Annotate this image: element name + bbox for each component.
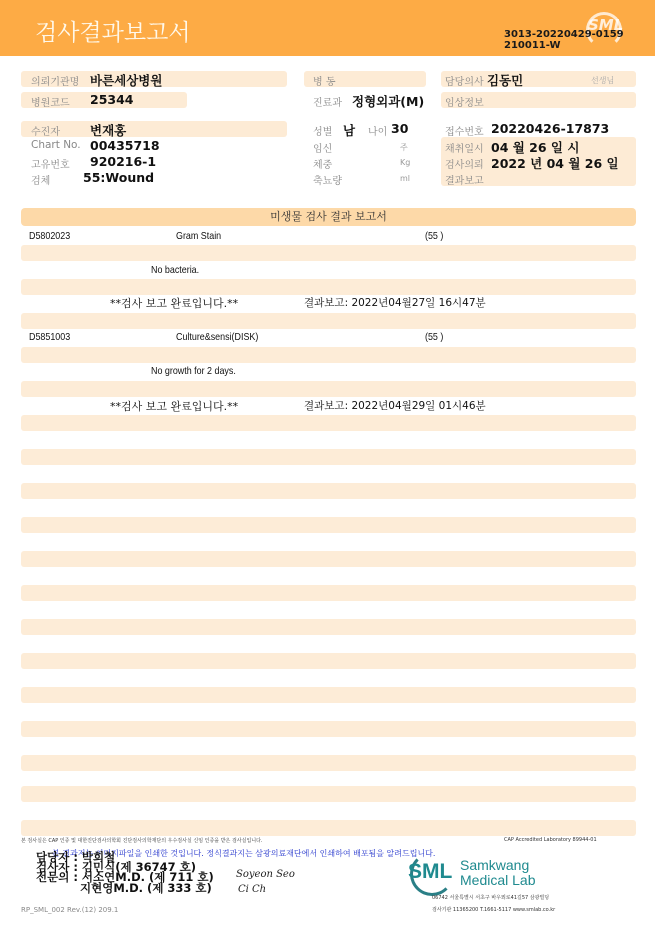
row-stripe [21, 619, 636, 635]
request-label: 검사의뢰 [445, 156, 484, 171]
request-value: 2022 년 04 월 26 일 [491, 154, 619, 172]
hospital-code-value: 25344 [90, 92, 134, 107]
test-specimen: (55 ) [425, 230, 443, 242]
row-stripe [21, 551, 636, 567]
test-result: No growth for 2 days. [151, 365, 236, 377]
specimen-value: 55:Wound [83, 170, 154, 185]
specialist-2: 지현영M.D. (제 333 호) [80, 882, 212, 894]
report-header: 검사결과보고서 SML 3013-20220429-0159 210011-W [0, 0, 655, 56]
unique-label: 고유번호 [31, 156, 70, 171]
report-id-line1: 3013-20220429-0159 [504, 29, 624, 40]
test-completion: **검사 보고 완료입니다.** [110, 398, 238, 414]
receipt-label: 접수번호 [445, 123, 484, 138]
row-stripe [21, 313, 636, 329]
section-title: 미생물 검사 결과 보고서 [21, 208, 636, 226]
row-stripe [21, 347, 636, 363]
patient-label: 수진자 [31, 123, 60, 138]
doctor-label: 담당의사 [445, 73, 484, 88]
receipt-value: 20220426-17873 [491, 121, 609, 136]
test-code: D5851003 [29, 331, 70, 343]
pregnancy-label: 임신 [313, 140, 332, 155]
age-value: 30 [391, 121, 408, 136]
row-stripe [21, 381, 636, 397]
report-title: 검사결과보고서 [35, 14, 191, 47]
row-stripe [21, 415, 636, 431]
doctor-suffix: 선생님 [591, 75, 614, 86]
collect-label: 채취일시 [445, 140, 484, 155]
specimen-label: 검체 [31, 172, 50, 187]
weight-unit: Kg [400, 158, 410, 167]
institution-label: 의뢰기관명 [31, 73, 79, 88]
lab-contact: 검사기관 11365200 T.1661-5117 www.smlab.co.k… [432, 906, 555, 913]
row-stripe [21, 755, 636, 771]
test-result: No bacteria. [151, 264, 199, 276]
logo-text: SML [408, 860, 452, 884]
test-code: D5802023 [29, 230, 70, 242]
sml-logo-icon: SML [408, 852, 456, 892]
row-stripe [21, 653, 636, 669]
patient-bar [21, 121, 287, 137]
institution-value: 바른세상병원 [90, 71, 162, 89]
report-id: 3013-20220429-0159 210011-W [504, 29, 624, 51]
patient-value: 변재홍 [90, 121, 126, 139]
row-stripe [21, 483, 636, 499]
sex-label: 성별 [313, 123, 332, 138]
cap-accreditation: CAP Accredited Laboratory 89944-01 [504, 837, 597, 843]
doctor-value: 김동민 [487, 71, 523, 89]
chart-value: 00435718 [90, 138, 160, 153]
sex-value: 남 [343, 121, 355, 139]
report-date-label: 결과보고 [445, 172, 484, 187]
test-name: Gram Stain [176, 230, 221, 242]
form-revision: RP_SML_002 Rev.(12) 209.1 [21, 906, 118, 914]
lab-address: 06742 서울특별시 서초구 바우뫼로41길57 삼광빌딩 [432, 894, 549, 901]
urine-label: 축뇨량 [313, 172, 342, 187]
accreditation-note: 본 검사실은 CAP 인증 및 대한진단검사의학회 진단검사의학재단의 우수검사… [21, 837, 263, 844]
row-stripe [21, 820, 636, 836]
row-stripe [21, 449, 636, 465]
ward-label: 병 동 [313, 73, 336, 88]
row-stripe [21, 585, 636, 601]
clinical-info-label: 임상정보 [445, 94, 484, 109]
hospital-code-label: 병원코드 [31, 94, 70, 109]
lab-name: Samkwang Medical Lab [460, 858, 536, 888]
urine-unit: ml [400, 174, 410, 183]
lab-name-line1: Samkwang [460, 858, 536, 873]
dept-value: 정형외과(M) [352, 92, 424, 110]
unique-value: 920216-1 [90, 154, 156, 169]
dept-label: 진료과 [313, 94, 342, 109]
row-stripe [21, 687, 636, 703]
row-stripe [21, 721, 636, 737]
weight-label: 체중 [313, 156, 332, 171]
signature-1: Soyeon Seo [236, 869, 295, 880]
test-reported-time: 결과보고: 2022년04월27일 16시47분 [304, 295, 486, 310]
test-name: Culture&sensi(DISK) [176, 331, 258, 343]
lab-name-line2: Medical Lab [460, 873, 536, 888]
pregnancy-unit: 주 [400, 142, 408, 153]
chart-label: Chart No. [31, 139, 81, 151]
row-stripe [21, 517, 636, 533]
test-completion: **검사 보고 완료입니다.** [110, 295, 238, 311]
test-specimen: (55 ) [425, 331, 443, 343]
row-stripe [21, 279, 636, 295]
signature-2: Ci Ch [238, 884, 266, 895]
age-label: 나이 [368, 123, 387, 138]
report-id-line2: 210011-W [504, 40, 624, 51]
test-reported-time: 결과보고: 2022년04월29일 01시46분 [304, 398, 486, 413]
row-stripe [21, 245, 636, 261]
row-stripe [21, 786, 636, 802]
